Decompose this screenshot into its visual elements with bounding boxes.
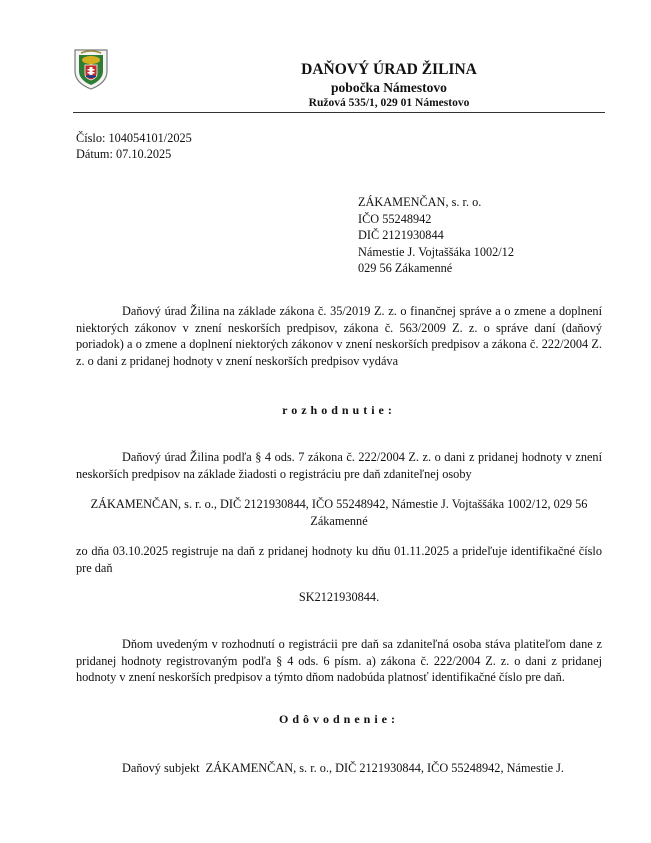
justification-heading: Odôvodnenie: — [76, 712, 602, 727]
document-date: Dátum: 07.10.2025 — [76, 146, 192, 162]
decision-paragraph-2: zo dňa 03.10.2025 registruje na daň z pr… — [76, 543, 602, 576]
organization-name: DAŇOVÝ ÚRAD ŽILINA — [173, 61, 605, 79]
recipient-ico: IČO 55248942 — [358, 211, 514, 228]
recipient-address: ZÁKAMENČAN, s. r. o. IČO 55248942 DIČ 21… — [358, 194, 514, 277]
decision-paragraph-1: Daňový úrad Žilina podľa § 4 ods. 7 záko… — [76, 449, 602, 482]
document-number: Číslo: 104054101/2025 — [76, 130, 192, 146]
recipient-street: Námestie J. Vojtaššáka 1002/12 — [358, 244, 514, 261]
document-meta: Číslo: 104054101/2025 Dátum: 07.10.2025 — [76, 130, 192, 162]
intro-paragraph: Daňový úrad Žilina na základe zákona č. … — [76, 303, 602, 369]
subject-line: ZÁKAMENČAN, s. r. o., DIČ 2121930844, IČ… — [70, 496, 608, 529]
vat-id: SK2121930844. — [76, 589, 602, 606]
letterhead: DAŇOVÝ ÚRAD ŽILINA pobočka Námestovo Ruž… — [73, 61, 605, 110]
recipient-city: 029 56 Zákamenné — [358, 260, 514, 277]
recipient-dic: DIČ 2121930844 — [358, 227, 514, 244]
decision-paragraph-3: Dňom uvedeným v rozhodnutí o registrácii… — [76, 636, 602, 686]
header-divider — [73, 112, 605, 113]
decision-heading: rozhodnutie: — [76, 403, 602, 418]
office-address: Ružová 535/1, 029 01 Námestovo — [173, 96, 605, 110]
justification-paragraph-1: Daňový subjekt ZÁKAMENČAN, s. r. o., DIČ… — [76, 760, 602, 777]
branch-name: pobočka Námestovo — [173, 79, 605, 96]
document-page: DAŇOVÝ ÚRAD ŽILINA pobočka Námestovo Ruž… — [0, 0, 651, 843]
recipient-name: ZÁKAMENČAN, s. r. o. — [358, 194, 514, 211]
